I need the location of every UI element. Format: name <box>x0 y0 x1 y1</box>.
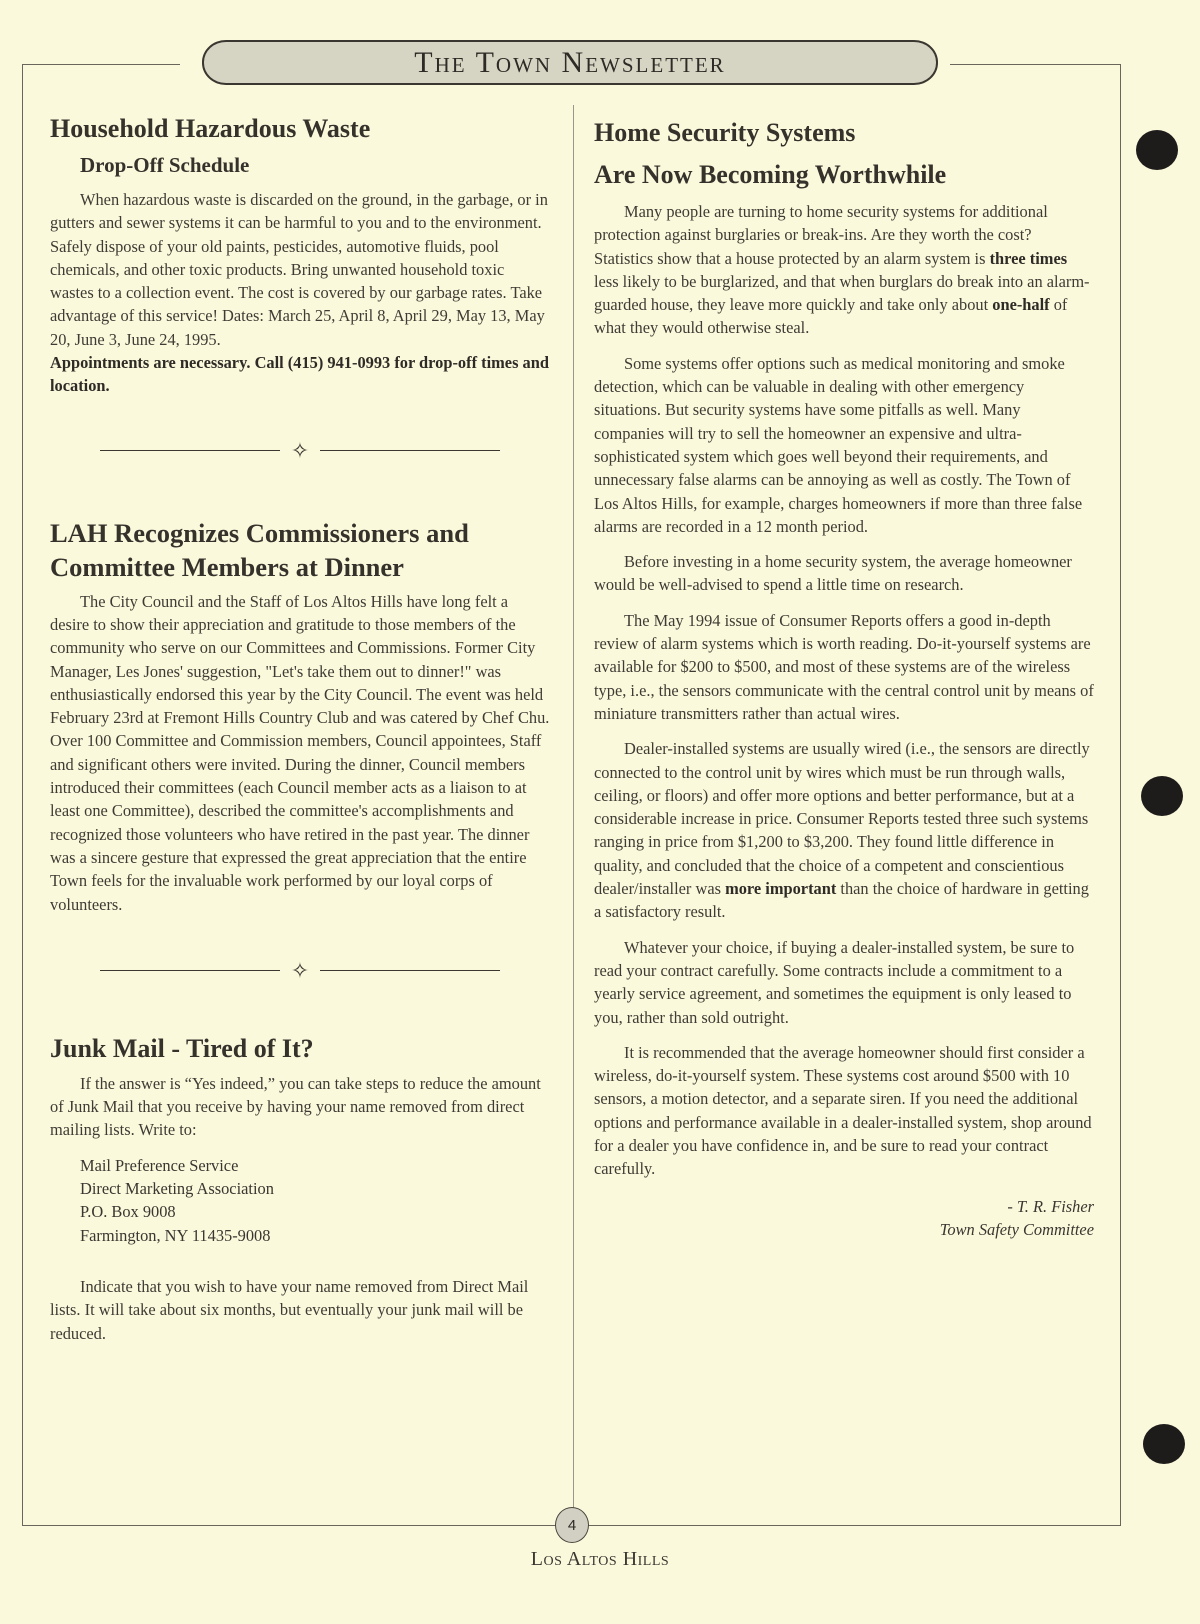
article-paragraph: Many people are turning to home security… <box>594 200 1094 340</box>
address-line: Mail Preference Service <box>80 1154 550 1177</box>
paragraph-text: Many people are turning to home security… <box>594 202 1048 268</box>
article-paragraph: The May 1994 issue of Consumer Reports o… <box>594 609 1094 725</box>
article-paragraph: Dealer-installed systems are usually wir… <box>594 737 1094 923</box>
body-text: When hazardous waste is discarded on the… <box>50 190 548 349</box>
article-home-security: Home Security Systems Are Now Becoming W… <box>594 112 1094 1241</box>
emphasis-text: one-half <box>992 295 1049 314</box>
article-headline: LAH Recognizes Commissioners and Committ… <box>50 516 550 584</box>
page-number-badge: 4 <box>555 1507 589 1543</box>
divider-line <box>320 970 500 971</box>
article-subhead: Drop-Off Schedule <box>80 150 550 180</box>
article-paragraph: Before investing in a home security syst… <box>594 550 1094 597</box>
article-junk-mail: Junk Mail - Tired of It? If the answer i… <box>50 1032 550 1345</box>
article-paragraph: Whatever your choice, if buying a dealer… <box>594 936 1094 1029</box>
article-headline: Junk Mail - Tired of It? <box>50 1032 550 1066</box>
right-column: Home Security Systems Are Now Becoming W… <box>594 112 1094 1241</box>
article-body: If the answer is “Yes indeed,” you can t… <box>50 1072 550 1142</box>
emphasis-text: three times <box>990 249 1068 268</box>
author-name: - T. R. Fisher <box>594 1195 1094 1218</box>
left-column: Household Hazardous Waste Drop-Off Sched… <box>50 112 550 1357</box>
punch-hole-icon <box>1141 776 1183 816</box>
section-divider-ornament: ✧ <box>100 960 500 982</box>
author-organization: Town Safety Committee <box>594 1218 1094 1241</box>
mailing-address: Mail Preference Service Direct Marketing… <box>80 1154 550 1247</box>
article-headline: Household Hazardous Waste <box>50 112 550 146</box>
punch-hole-icon <box>1143 1424 1185 1464</box>
article-body: When hazardous waste is discarded on the… <box>50 188 550 398</box>
newsletter-title: The Town Newsletter <box>414 48 725 78</box>
article-headline: Home Security Systems Are Now Becoming W… <box>594 112 1094 196</box>
headline-line: Are Now Becoming Worthwhile <box>594 160 946 189</box>
address-line: Direct Marketing Association <box>80 1177 550 1200</box>
divider-line <box>320 450 500 451</box>
article-paragraph: Some systems offer options such as medic… <box>594 352 1094 538</box>
section-divider-ornament: ✧ <box>100 440 500 462</box>
diamond-star-icon: ✧ <box>280 960 320 982</box>
author-signature: - T. R. Fisher Town Safety Committee <box>594 1195 1094 1242</box>
article-hazardous-waste: Household Hazardous Waste Drop-Off Sched… <box>50 112 550 398</box>
body-bold-text: Appointments are necessary. Call (415) 9… <box>50 351 550 398</box>
article-paragraph: It is recommended that the average homeo… <box>594 1041 1094 1181</box>
paragraph-text: Dealer-installed systems are usually wir… <box>594 739 1090 898</box>
column-divider <box>573 105 574 1510</box>
divider-line <box>100 450 280 451</box>
address-line: Farmington, NY 11435-9008 <box>80 1224 550 1247</box>
diamond-star-icon: ✧ <box>280 440 320 462</box>
footer-town-name: Los Altos Hills <box>0 1548 1200 1571</box>
punch-hole-icon <box>1136 130 1178 170</box>
headline-line: Home Security Systems <box>594 118 855 147</box>
divider-line <box>100 970 280 971</box>
address-line: P.O. Box 9008 <box>80 1200 550 1223</box>
emphasis-text: more important <box>725 879 836 898</box>
article-body: The City Council and the Staff of Los Al… <box>50 590 550 916</box>
article-commissioners-dinner: LAH Recognizes Commissioners and Committ… <box>50 516 550 916</box>
newsletter-banner: The Town Newsletter <box>202 40 938 85</box>
article-body: Indicate that you wish to have your name… <box>50 1275 550 1345</box>
